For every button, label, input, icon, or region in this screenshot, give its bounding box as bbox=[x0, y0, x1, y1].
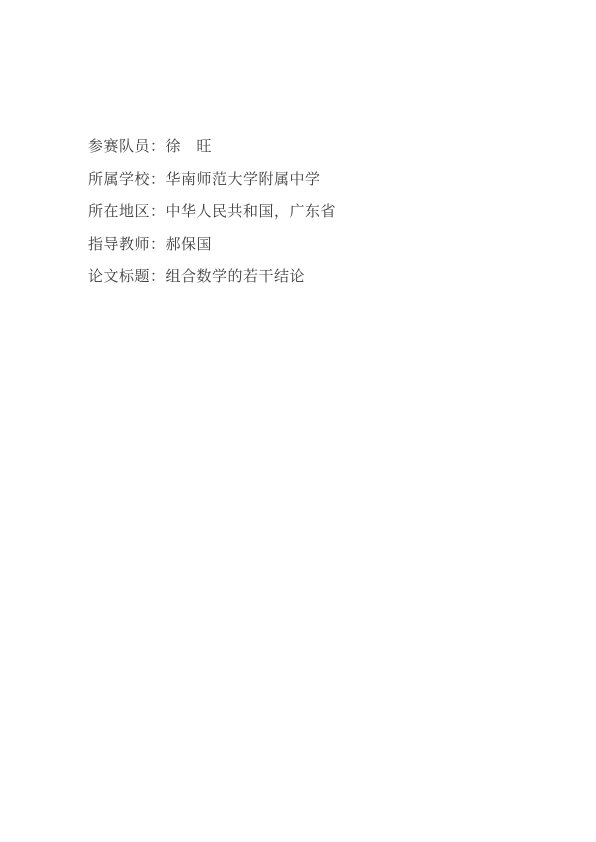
field-label: 参赛队员 bbox=[88, 139, 150, 155]
field-label: 指导教师 bbox=[88, 237, 150, 253]
field-value: 徐 旺 bbox=[166, 139, 213, 155]
field-value: 华南师范大学附属中学 bbox=[166, 172, 321, 188]
cover-fields: 参赛队员：徐 旺 所属学校：华南师范大学附属中学 所在地区：中华人民共和国，广东… bbox=[88, 139, 336, 302]
field-label: 所属学校 bbox=[88, 172, 150, 188]
field-advisor: 指导教师：郝保国 bbox=[88, 237, 336, 253]
field-colon: ： bbox=[150, 237, 166, 253]
field-participant: 参赛队员：徐 旺 bbox=[88, 139, 336, 155]
field-label: 所在地区 bbox=[88, 204, 150, 220]
field-school: 所属学校：华南师范大学附属中学 bbox=[88, 172, 336, 188]
field-value: 郝保国 bbox=[166, 237, 213, 253]
field-paper-title: 论文标题：组合数学的若干结论 bbox=[88, 269, 336, 285]
field-label: 论文标题 bbox=[88, 269, 150, 285]
field-colon: ： bbox=[150, 139, 166, 155]
field-value: 中华人民共和国，广东省 bbox=[166, 204, 337, 220]
field-colon: ： bbox=[150, 172, 166, 188]
field-colon: ： bbox=[150, 204, 166, 220]
paper-cover-page: 参赛队员：徐 旺 所属学校：华南师范大学附属中学 所在地区：中华人民共和国，广东… bbox=[0, 0, 596, 842]
field-region: 所在地区：中华人民共和国，广东省 bbox=[88, 204, 336, 220]
field-value: 组合数学的若干结论 bbox=[166, 269, 306, 285]
field-colon: ： bbox=[150, 269, 166, 285]
